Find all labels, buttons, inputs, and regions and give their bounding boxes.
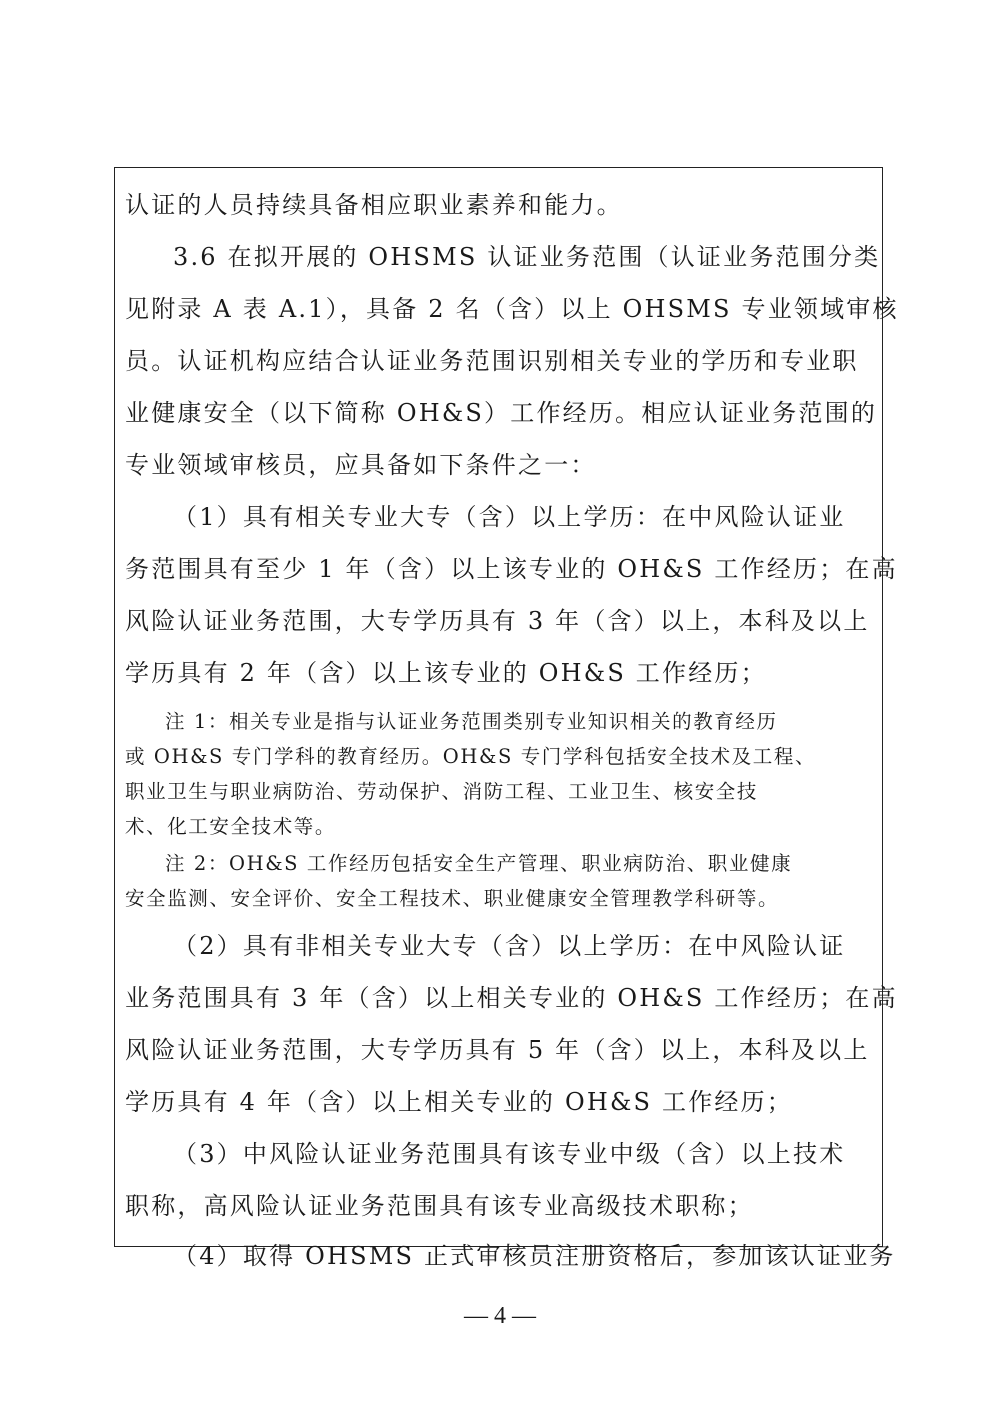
- text-line: 职称，高风险认证业务范围具有该专业高级技术职称；: [125, 1186, 754, 1221]
- note-line: 或 OH&S 专门学科的教育经历。OH&S 专门学科包括安全技术及工程、: [125, 741, 816, 769]
- text-line: 业务范围具有 3 年（含）以上相关专业的 OH&S 工作经历；在高: [125, 978, 898, 1013]
- note-1: 注 1：相关专业是指与认证业务范围类别专业知识相关的教育经历: [165, 706, 778, 734]
- condition-4: （4）取得 OHSMS 正式审核员注册资格后，参加该认证业务: [173, 1236, 896, 1271]
- text-line: 风险认证业务范围，大专学历具有 3 年（含）以上，本科及以上: [125, 601, 870, 636]
- text-line: 学历具有 2 年（含）以上该专业的 OH&S 工作经历；: [125, 653, 767, 688]
- text-line: 务范围具有至少 1 年（含）以上该专业的 OH&S 工作经历；在高: [125, 549, 898, 584]
- text-line: 见附录 A 表 A.1），具备 2 名（含）以上 OHSMS 专业领域审核: [125, 289, 899, 324]
- note-2: 注 2：OH&S 工作经历包括安全生产管理、职业病防治、职业健康: [165, 848, 792, 876]
- text-line: 员。认证机构应结合认证业务范围识别相关专业的学历和专业职: [125, 341, 859, 376]
- content-frame: 认证的人员持续具备相应职业素养和能力。 3.6 在拟开展的 OHSMS 认证业务…: [114, 167, 883, 1247]
- text-line: 学历具有 4 年（含）以上相关专业的 OH&S 工作经历；: [125, 1082, 793, 1117]
- condition-2: （2）具有非相关专业大专（含）以上学历：在中风险认证: [173, 926, 845, 961]
- note-line: 术、化工安全技术等。: [125, 811, 336, 839]
- note-line: 职业卫生与职业病防治、劳动保护、消防工程、工业卫生、核安全技: [125, 776, 758, 804]
- page-number: — 4 —: [0, 1303, 1000, 1330]
- text-line: 认证的人员持续具备相应职业素养和能力。: [125, 185, 623, 220]
- text-line: 业健康安全（以下简称 OH&S）工作经历。相应认证业务范围的: [125, 393, 877, 428]
- note-line: 安全监测、安全评价、安全工程技术、职业健康安全管理教学科研等。: [125, 883, 779, 911]
- condition-3: （3）中风险认证业务范围具有该专业中级（含）以上技术: [173, 1134, 845, 1169]
- condition-1: （1）具有相关专业大专（含）以上学历：在中风险认证业: [173, 497, 845, 532]
- text-line: 专业领域审核员，应具备如下条件之一：: [125, 445, 597, 480]
- section-3-6-heading: 3.6 在拟开展的 OHSMS 认证业务范围（认证业务范围分类: [173, 237, 880, 272]
- text-line: 风险认证业务范围，大专学历具有 5 年（含）以上，本科及以上: [125, 1030, 870, 1065]
